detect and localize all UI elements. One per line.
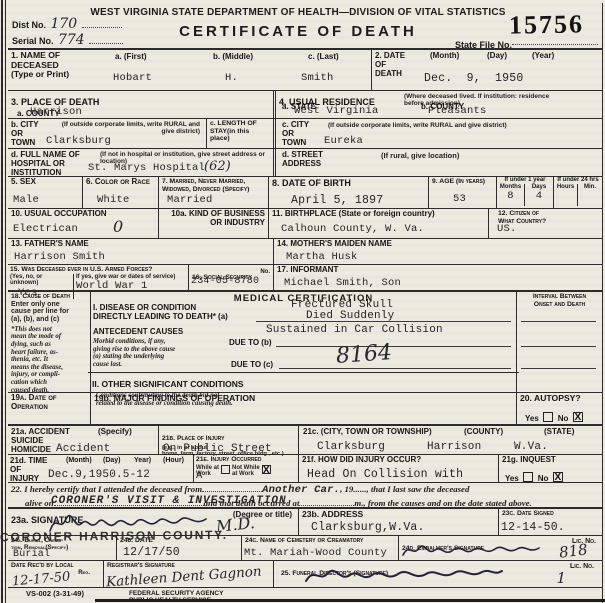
mother-label: 14. MOTHER'S MAIDEN NAME	[277, 240, 599, 249]
antecedent-note: Morbid conditions, if any, giving rise t…	[93, 338, 175, 368]
autopsy-cell: 20. AUTOPSY? Yes No X	[516, 393, 602, 424]
certificate-form: Dist No. 170 Serial No. 774 WEST VIRGINI…	[8, 3, 603, 603]
ssn-cell: 16. Social Security No. 234-05-8780	[188, 265, 273, 290]
name-of-deceased-label-cell: 1. NAME OF DECEASED (Type or Print)	[8, 50, 103, 90]
injury-occurred-label: 21e. Injury Occurred	[196, 456, 296, 464]
certify-typed-coroner: CORONER'S VISIT & INVESTIGATION	[51, 495, 287, 507]
serial-no-label: Serial No.	[12, 36, 54, 46]
day-label: (Day)	[487, 52, 507, 61]
under-24hrs-cell: If under 24 hrs Hours Min.	[553, 177, 602, 208]
mother-value: Martha Husk	[286, 251, 358, 263]
citizen-cell: 12. Citizen of What Country? US.	[488, 209, 602, 238]
time-month-label: (Month)	[66, 457, 92, 465]
residence-city-value: Eureka	[324, 135, 363, 147]
marital-label: 7. Married, Never Married, Widowed, Divo…	[162, 178, 265, 193]
armed-forces-cell: 15. Was Deceased ever in U.S. Armed Forc…	[8, 265, 188, 290]
first-name-value: Hobart	[113, 72, 152, 84]
interval-blank-a	[521, 321, 596, 322]
race-value: White	[97, 194, 130, 206]
dist-no-label: Dist No.	[12, 20, 46, 30]
armed-forces-label: 15. Was Deceased ever in U.S. Armed Forc…	[8, 265, 188, 274]
injury-location-cell: 21c. (CITY, TOWN OR TOWNSHIP) (COUNTY) (…	[298, 426, 602, 454]
informant-value: Michael Smith, Son	[284, 277, 401, 289]
disease-typed-2: Died Suddenly	[306, 310, 394, 322]
cause-note-2: *This does not mean the mode of dying, s…	[11, 326, 87, 394]
informant-label: 17. INFORMANT	[277, 266, 599, 275]
address-cell: 23b. ADDRESS Clarksburg,W.Va.	[298, 509, 498, 535]
name-fields-cell: a. (First) b. (Middle) c. (Last) Hobart …	[103, 50, 371, 90]
address-label: 23b. ADDRESS	[302, 510, 495, 520]
sex-cell: 5. SEX Male	[8, 177, 82, 208]
days-label: Days	[525, 184, 553, 191]
last-name-label: c. (Last)	[308, 53, 339, 62]
row-place-residence: 3. PLACE OF DEATH a. COUNTY Harrison 4. …	[8, 90, 602, 118]
date-of-death-cell: 2. DATE OF DEATH (Month) (Day) (Year) De…	[371, 50, 602, 90]
form-header: Dist No. 170 Serial No. 774 WEST VIRGINI…	[8, 3, 602, 48]
date-signed-value: 12-14-50.	[501, 521, 565, 534]
father-label: 13. FATHER'S NAME	[11, 240, 270, 249]
date-signed-label: 23c. Date Signed	[502, 510, 599, 518]
injury-occurred-cell: 21e. Injury Occurred While at Work Not W…	[193, 455, 298, 482]
signature-cell: 23a. SIGNATURE (Degree or title) M.D. CO…	[8, 509, 298, 535]
marital-value: Married	[167, 194, 213, 206]
hospital-value: St. Marys Hospital	[88, 162, 205, 174]
middle-name-label: b. (Middle)	[213, 53, 253, 62]
certify-blank1	[202, 491, 262, 492]
under-one-year-cell: If under 1 year Months 8 Days 4	[496, 177, 553, 208]
due-to-c-label: DUE TO (c)	[231, 361, 273, 370]
father-value: Harrison Smith	[14, 251, 105, 263]
pod-city-cell: b. CITY OR TOWN (If outside corporate li…	[8, 119, 206, 148]
residence-state-value: West Virginia	[294, 105, 379, 117]
department-title: WEST VIRGINIA STATE DEPARTMENT OF HEALTH…	[83, 7, 513, 18]
street-address-note: (If rural, give location)	[381, 152, 459, 160]
injury-city-value: Clarksburg	[317, 441, 385, 453]
mother-cell: 14. MOTHER'S MAIDEN NAME Martha Husk	[273, 239, 602, 264]
usual-residence-cell: 4. USUAL RESIDENCE (Where deceased lived…	[273, 91, 602, 118]
death-certificate-scan: Dist No. 170 Serial No. 774 WEST VIRGINI…	[0, 0, 605, 603]
line-c-blank	[279, 368, 511, 369]
embalmer-signature	[401, 540, 541, 560]
not-while-label: Not While at Work	[232, 465, 260, 478]
age-value: 53	[453, 193, 466, 205]
serial-no-line	[89, 43, 123, 44]
major-findings-cell: 19b. MAJOR FINDINGS OF OPERATION	[90, 393, 516, 424]
form-left-border	[1, 0, 6, 603]
scan-bottom-edge	[95, 599, 605, 603]
time-of-injury-value: Dec.9,1950.5-12	[48, 469, 150, 481]
months-label: Months	[497, 184, 524, 191]
time-day-label: (Day)	[103, 457, 121, 465]
hospital-cell: d. FULL NAME OF HOSPITAL OR INSTITUTION …	[8, 149, 273, 176]
cause-of-death-label: 18. Cause of Death	[11, 293, 87, 301]
interval-cell: Interval Between Onset and Death	[516, 292, 602, 392]
marital-cell: 7. Married, Never Married, Widowed, Divo…	[158, 177, 268, 208]
injury-county-value: Harrison	[427, 441, 481, 453]
interval-label: Interval Between Onset and Death	[520, 293, 599, 308]
autopsy-yes-checkbox	[543, 412, 553, 422]
hours-label: Hours	[554, 184, 577, 191]
row-accident: 21a. ACCIDENT SUICIDE HOMICIDE (Specify)…	[8, 424, 602, 454]
hours-col: Hours	[554, 184, 578, 206]
race-cell: 6. Color or Race White	[82, 177, 158, 208]
row-parents: 13. FATHER'S NAME Harrison Smith 14. MOT…	[8, 238, 602, 264]
how-injury-cell: 21f. HOW DID INJURY OCCUR? Head On Colli…	[298, 455, 498, 482]
occupation-hand-zero: 0	[113, 217, 123, 236]
injury-state-label: (STATE)	[544, 428, 574, 437]
place-of-injury-label: 21b. Place of Injury	[162, 435, 224, 442]
hospital-label: d. FULL NAME OF HOSPITAL OR INSTITUTION	[11, 151, 80, 178]
due-to-c-handwritten: 8164	[335, 340, 393, 369]
row-service: 15. Was Deceased ever in U.S. Armed Forc…	[8, 264, 602, 290]
street-address-label: d. STREET ADDRESS	[282, 151, 323, 169]
serial-no-value: 774	[58, 32, 85, 48]
date-of-operation-cell: 19a. Date of Operation	[8, 393, 90, 424]
row-personal: 5. SEX Male 6. Color or Race White 7. Ma…	[8, 176, 602, 208]
sex-value: Male	[13, 194, 39, 206]
embalmer-cell: 24d. Embalmer's Signature Lic. No. 818	[398, 536, 602, 560]
burial-date-value: 12/17/50	[123, 546, 180, 559]
row-city-stay: b. CITY OR TOWN (If outside corporate li…	[8, 118, 602, 148]
certify-cell: 22. I hereby certify that I attended the…	[8, 483, 602, 507]
state-file-line	[512, 44, 598, 45]
occupation-value: Electrican	[13, 223, 78, 235]
certificate-title: CERTIFICATE OF DEATH	[128, 23, 468, 40]
time-of-injury-cell: 21d. TIME OF INJURY (Month) (Day) Year) …	[8, 455, 193, 482]
place-of-injury-cell: 21b. Place of Injury (e.g., in or about …	[158, 426, 298, 454]
embalmer-lic-value: 818	[558, 540, 589, 561]
occupation-label: 10. USUAL OCCUPATION	[11, 210, 155, 219]
days-col: Days 4	[525, 184, 553, 206]
birthplace-label: 11. BIRTHPLACE (State or foreign country…	[272, 210, 485, 219]
certify-blank3	[299, 505, 354, 506]
pod-city-label: b. CITY OR TOWN	[11, 121, 39, 148]
year-label: (Year)	[532, 52, 554, 61]
agency-line-1: FEDERAL SECURITY AGENCY	[129, 590, 224, 597]
cemetery-cell: 24c. Name of Cemetery or Creamatory Mt. …	[241, 536, 398, 560]
not-while-checkbox: X	[262, 465, 271, 474]
residence-city-label: c. CITY OR TOWN	[282, 121, 309, 148]
under-one-year-label: If under 1 year	[497, 177, 553, 184]
age-label: 9. AGE (In years)	[432, 178, 493, 186]
inquest-no-checkbox: X	[553, 472, 563, 482]
ssn-value: 234-05-8780	[191, 276, 259, 287]
major-findings-label: 19b. MAJOR FINDINGS OF OPERATION	[94, 394, 513, 404]
dob-label: 8. DATE OF BIRTH	[272, 178, 425, 188]
min-col: Min.	[578, 184, 602, 206]
months-col: Months 8	[497, 184, 525, 206]
ssn-no-label: No.	[260, 269, 270, 276]
other-conditions-label: II. OTHER SIGNIFICANT CONDITIONS	[92, 379, 244, 389]
row-occupation: 10. USUAL OCCUPATION Electrican 0 10a. K…	[8, 208, 602, 238]
father-cell: 13. FATHER'S NAME Harrison Smith	[8, 239, 273, 264]
state-file-number-stamp: 15756	[509, 9, 585, 40]
middle-name-value: H.	[225, 72, 238, 84]
time-of-injury-label: 21d. TIME OF INJURY	[10, 457, 47, 484]
cause-of-death-sidebar: 18. Cause of Death Enter only one cause …	[8, 292, 90, 392]
due-to-b-label: DUE TO (b)	[229, 339, 272, 348]
first-name-label: a. (First)	[115, 53, 147, 62]
autopsy-label: 20. AUTOPSY?	[520, 394, 599, 404]
medical-center-cell: MEDICAL CERTIFICATION I. DISEASE OR COND…	[90, 292, 516, 392]
months-value: 8	[497, 190, 524, 202]
registrar-signature-cell: Registrar's Signature Kathleen Dent Gagn…	[103, 561, 273, 587]
injury-county-label: (COUNTY)	[464, 428, 503, 437]
how-injury-value: Head On Collision with	[307, 468, 463, 481]
min-label: Min.	[578, 184, 602, 191]
date-of-death-label: 2. DATE OF DEATH	[375, 52, 405, 79]
accident-specify-note: (Specify)	[98, 428, 132, 437]
time-am-typed: A	[196, 470, 203, 482]
row-injury-detail: 21d. TIME OF INJURY (Month) (Day) Year) …	[8, 454, 602, 482]
interval-blank-b	[521, 346, 596, 347]
business-cell: 10a. KIND OF BUSINESS OR INDUSTRY	[158, 209, 268, 238]
birthplace-cell: 11. BIRTHPLACE (State or foreign country…	[268, 209, 488, 238]
burial-type-value: Burial	[13, 549, 50, 560]
age-cell: 9. AGE (In years) 53	[428, 177, 496, 208]
injury-city-label: 21c. (CITY, TOWN OR TOWNSHIP)	[303, 428, 432, 437]
inquest-label: 21g. INQUEST	[502, 456, 599, 465]
under-24hrs-label: If under 24 hrs	[554, 177, 602, 184]
serial-no: Serial No. 774	[12, 31, 123, 49]
antecedent-label: ANTECEDENT CAUSES	[93, 328, 183, 337]
street-address-cell: d. STREET ADDRESS (If rural, give locati…	[273, 149, 602, 176]
dist-no-line	[82, 27, 122, 28]
hospital-hand-note: (62)	[204, 159, 231, 174]
month-label: (Month)	[430, 52, 459, 61]
last-name-value: Smith	[301, 72, 334, 84]
pod-county-value: Harrison	[30, 106, 82, 118]
disease-label: I. DISEASE OR CONDITION DIRECTLY LEADING…	[93, 304, 228, 322]
how-injury-label: 21f. HOW DID INJURY OCCUR?	[302, 456, 495, 465]
row-signature: 23a. SIGNATURE (Degree or title) M.D. CO…	[8, 507, 602, 535]
certify-line1a: 22. I hereby certify that I attended the…	[11, 484, 202, 494]
residence-county-value: Pleasants	[428, 105, 487, 117]
row-hospital-street: d. FULL NAME OF HOSPITAL OR INSTITUTION …	[8, 148, 602, 176]
funeral-lic-label: Lic. No.	[570, 563, 594, 571]
inquest-yes-checkbox	[523, 472, 533, 482]
address-value: Clarksburg,W.Va.	[311, 521, 425, 534]
medical-certification-section: 18. Cause of Death Enter only one cause …	[8, 290, 602, 392]
dob-cell: 8. DATE OF BIRTH April 5, 1897	[268, 177, 428, 208]
funeral-director-cell: 25. Funeral Director's (Signature) Lic. …	[273, 561, 602, 587]
time-year-label: Year)	[134, 457, 151, 465]
autopsy-yes-label: Yes	[525, 414, 539, 423]
inquest-cell: 21g. INQUEST Yes No X	[498, 455, 602, 482]
other-conditions-box: II. OTHER SIGNIFICANT CONDITIONS Conditi…	[88, 372, 519, 392]
funeral-lic-value: 1	[556, 569, 566, 587]
date-of-death-value: Dec. 9, 1950	[424, 72, 523, 85]
row-operation: 19a. Date of Operation 19b. MAJOR FINDIN…	[8, 392, 602, 424]
armed-note: (Yes, no, or unknown)	[10, 274, 71, 287]
row-name-date: 1. NAME OF DECEASED (Type or Print) a. (…	[8, 48, 602, 90]
informant-cell: 17. INFORMANT Michael Smith, Son	[273, 265, 602, 290]
pod-city-note: (If outside corporate limits, write RURA…	[60, 121, 200, 135]
accident-kind-cell: 21a. ACCIDENT SUICIDE HOMICIDE (Specify)…	[8, 426, 158, 454]
race-label: 6. Color or Race	[86, 178, 155, 187]
coroner-stamp: CORONER HARRISON COUNTY.	[0, 528, 228, 544]
residence-city-note: (If outside corporate limits, write RURA…	[328, 122, 507, 129]
name-label: 1. NAME OF DECEASED (Type or Print)	[11, 51, 100, 80]
sex-label: 5. SEX	[11, 178, 79, 187]
business-label: 10a. KIND OF BUSINESS OR INDUSTRY	[162, 210, 265, 228]
form-number: VS-002 (3-31-49)	[26, 590, 84, 603]
pod-city-value: Clarksburg	[46, 135, 111, 147]
dist-no-value: 170	[50, 16, 77, 32]
date-signed-cell: 23c. Date Signed 12-14-50.	[498, 509, 602, 535]
cause-note-1: Enter only one cause per line for (a), (…	[11, 301, 87, 324]
injury-state-value: W.Va.	[514, 441, 548, 453]
occupation-cell: 10. USUAL OCCUPATION Electrican 0	[8, 209, 158, 238]
place-of-death-county-cell: 3. PLACE OF DEATH a. COUNTY Harrison	[8, 91, 273, 118]
while-at-work-checkbox	[221, 465, 230, 474]
dob-value: April 5, 1897	[291, 194, 383, 207]
row-certify: 22. I hereby certify that I attended the…	[8, 482, 602, 507]
certify-line1b: , 19......, that I last saw the deceased	[340, 484, 469, 494]
row-registrar: Date Rec'd by Local Reg. 12-17-50 Regist…	[8, 560, 602, 588]
time-hour-label: (Hour)	[163, 457, 184, 465]
war-note: If yes, give war or dates of service)	[76, 274, 186, 281]
disease-typed-3: Sustained in Car Collision	[266, 324, 443, 336]
birthplace-value: Calhoun County, W. Va.	[281, 223, 424, 235]
date-of-operation-label: 19a. Date of Operation	[11, 394, 87, 412]
autopsy-no-label: No	[558, 414, 569, 423]
date-received-cell: Date Rec'd by Local Reg. 12-17-50	[8, 561, 103, 587]
citizen-value: US.	[497, 223, 517, 235]
length-of-stay-cell: c. LENGTH OF STAY(in this place)	[206, 119, 273, 148]
funeral-director-signature	[304, 563, 504, 587]
autopsy-no-checkbox: X	[573, 412, 583, 422]
date-received-label: Date Rec'd by Local	[11, 562, 100, 570]
length-of-stay-label: c. LENGTH OF STAY(in this place)	[210, 120, 270, 143]
interval-blank-c	[521, 368, 596, 369]
residence-city-cell: c. CITY OR TOWN (If outside corporate li…	[273, 119, 602, 148]
line-b-blank	[276, 346, 511, 347]
days-value: 4	[525, 190, 553, 202]
cemetery-value: Mt. Mariah-Wood County	[244, 547, 387, 559]
cemetery-label: 24c. Name of Cemetery or Creamatory	[245, 537, 395, 545]
